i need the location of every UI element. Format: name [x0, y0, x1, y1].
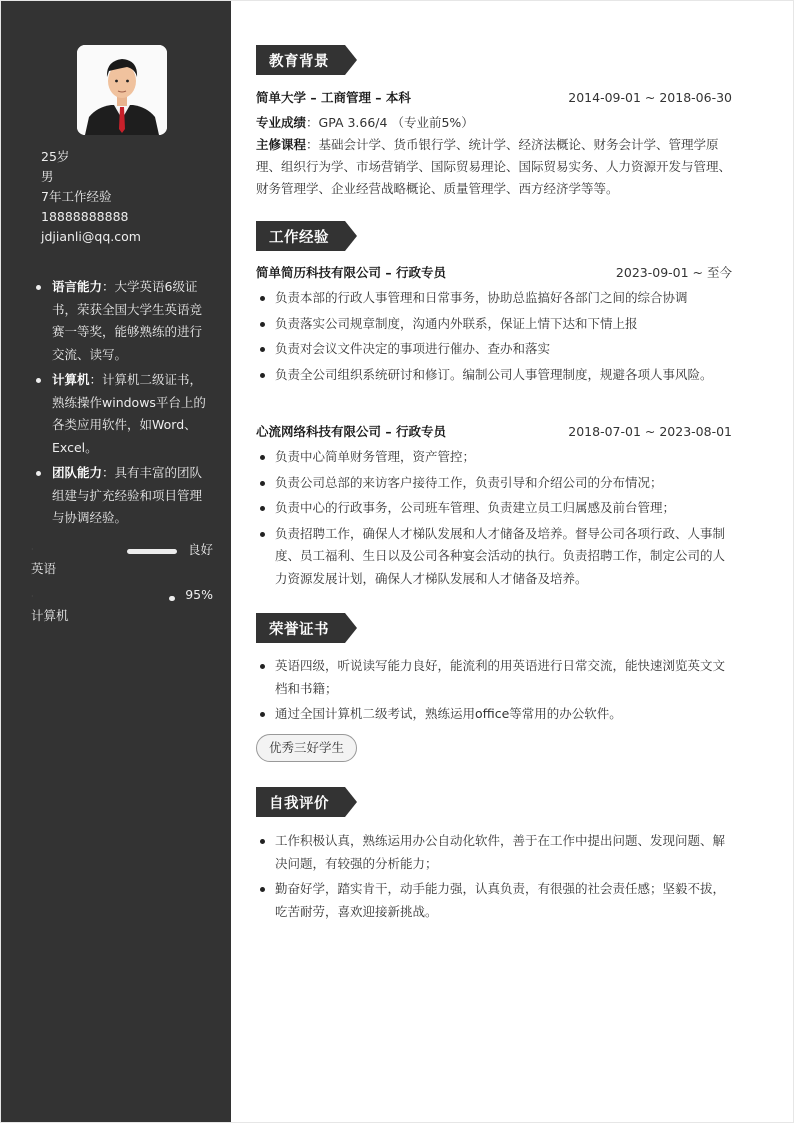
courses-value: 基础会计学、货币银行学、统计学、经济法概论、财务会计学、管理学原理、组织行为学、… [256, 137, 731, 196]
dot-marker-icon: · [31, 592, 34, 601]
section-title: 自我评价 [269, 792, 329, 813]
experience-years: 7年工作经验 [41, 187, 141, 207]
avatar-portrait-icon [77, 45, 167, 135]
list-item: 通过全国计算机二级考试，熟练运用office等常用的办公软件。 [256, 703, 732, 726]
profile-info: 25岁 男 7年工作经验 18888888888 jdjianli@qq.com [41, 147, 141, 247]
language-name: 英语 [31, 559, 56, 577]
list-item: 英语四级，听说读写能力良好，能流利的用英语进行日常交流，能快速浏览英文文档和书籍… [256, 655, 732, 700]
avatar [77, 45, 167, 135]
job-row: 心流网络科技有限公司 – 行政专员 2018-07-01 ~ 2023-08-0… [256, 422, 732, 442]
honor-tag: 优秀三好学生 [256, 734, 357, 762]
list-item: 负责公司总部的来访客户接待工作，负责引导和介绍公司的分布情况； [256, 472, 732, 495]
company-title: 心流网络科技有限公司 – 行政专员 [256, 424, 446, 439]
skill-item: 语言能力：大学英语6级证书，荣获全国大学生英语竞赛一等奖，能够熟练的进行交流、读… [33, 276, 213, 366]
skill-label: 计算机 [52, 372, 90, 387]
list-item: 工作积极认真，熟练运用办公自动化软件，善于在工作中提出问题、发现问题、解决问题，… [256, 830, 732, 875]
section-header-honors: 荣誉证书 [256, 613, 357, 643]
job-row: 简单简历科技有限公司 – 行政专员 2023-09-01 ~ 至今 [256, 263, 732, 283]
courses-label: 主修课程 [256, 137, 306, 152]
list-item: 负责中心的行政事务，公司班车管理、负责建立员工归属感及前台管理； [256, 497, 732, 520]
language-item-english: · 良好 英语 [31, 545, 213, 581]
list-item: 负责中心简单财务管理，资产管控； [256, 446, 732, 469]
company-title: 简单简历科技有限公司 – 行政专员 [256, 265, 446, 280]
skill-bar [127, 549, 177, 554]
education-details: 专业成绩：GPA 3.66/4 （专业前5%） 主修课程：基础会计学、货币银行学… [256, 112, 732, 200]
list-item: 勤奋好学，踏实肯干，动手能力强，认真负责，有很强的社会责任感；坚毅不拔，吃苦耐劳… [256, 878, 732, 923]
skill-separator: ： [102, 279, 115, 294]
education-date: 2014-09-01 ~ 2018-06-30 [568, 88, 732, 108]
skills-list: 语言能力：大学英语6级证书，荣获全国大学生英语竞赛一等奖，能够熟练的进行交流、读… [33, 276, 213, 533]
language-name: 计算机 [31, 606, 69, 624]
skill-bar [169, 596, 175, 601]
skill-label: 团队能力 [52, 465, 102, 480]
language-level: 良好 [188, 540, 213, 558]
list-item: 负责招聘工作，确保人才梯队发展和人才储备及培养。督导公司各项行政、人事制度、员工… [256, 523, 732, 591]
list-item: 负责本部的行政人事管理和日常事务，协助总监搞好各部门之间的综合协调 [256, 287, 732, 310]
resume-page: 25岁 男 7年工作经验 18888888888 jdjianli@qq.com… [0, 0, 794, 1123]
gender: 男 [41, 167, 141, 187]
job-duties-list: 负责本部的行政人事管理和日常事务，协助总监搞好各部门之间的综合协调 负责落实公司… [256, 287, 732, 389]
dot-marker-icon: · [31, 545, 34, 554]
phone: 18888888888 [41, 207, 141, 227]
section-title: 教育背景 [269, 50, 329, 71]
section-header-self: 自我评价 [256, 787, 357, 817]
self-evaluation-list: 工作积极认真，熟练运用办公自动化软件，善于在工作中提出问题、发现问题、解决问题，… [256, 830, 732, 926]
section-header-work: 工作经验 [256, 221, 357, 251]
colon: ： [306, 115, 319, 130]
sidebar: 25岁 男 7年工作经验 18888888888 jdjianli@qq.com… [0, 0, 231, 1123]
section-header-education: 教育背景 [256, 45, 357, 75]
email: jdjianli@qq.com [41, 227, 141, 247]
skill-label: 语言能力 [52, 279, 102, 294]
courses-line: 主修课程：基础会计学、货币银行学、统计学、经济法概论、财务会计学、管理学原理、组… [256, 134, 732, 200]
section-title: 荣誉证书 [269, 618, 329, 639]
colon: ： [306, 137, 319, 152]
list-item: 负责对会议文件决定的事项进行催办、查办和落实 [256, 338, 732, 361]
school-name: 简单大学 – 工商管理 – 本科 [256, 90, 411, 105]
skill-item: 计算机：计算机二级证书，熟练操作windows平台上的各类应用软件，如Word、… [33, 369, 213, 459]
gpa-label: 专业成绩 [256, 115, 306, 130]
language-item-computer: · 95% 计算机 [31, 592, 213, 628]
job-duties-list: 负责中心简单财务管理，资产管控； 负责公司总部的来访客户接待工作，负责引导和介绍… [256, 446, 732, 593]
honors-list: 英语四级，听说读写能力良好，能流利的用英语进行日常交流，能快速浏览英文文档和书籍… [256, 655, 732, 729]
section-title: 工作经验 [269, 226, 329, 247]
skill-separator: ： [102, 465, 115, 480]
language-level: 95% [185, 587, 213, 602]
skill-separator: ： [90, 372, 103, 387]
list-item: 负责全公司组织系统研讨和修订。编制公司人事管理制度，规避各项人事风险。 [256, 364, 732, 387]
gpa-value: GPA 3.66/4 （专业前5%） [319, 115, 474, 130]
job-date: 2023-09-01 ~ 至今 [616, 263, 732, 283]
list-item: 负责落实公司规章制度，沟通内外联系，保证上情下达和下情上报 [256, 313, 732, 336]
gpa-line: 专业成绩：GPA 3.66/4 （专业前5%） [256, 112, 732, 134]
education-row: 简单大学 – 工商管理 – 本科 2014-09-01 ~ 2018-06-30 [256, 88, 732, 108]
age: 25岁 [41, 147, 141, 167]
job-date: 2018-07-01 ~ 2023-08-01 [568, 422, 732, 442]
skill-item: 团队能力：具有丰富的团队组建与扩充经验和项目管理与协调经验。 [33, 462, 213, 530]
